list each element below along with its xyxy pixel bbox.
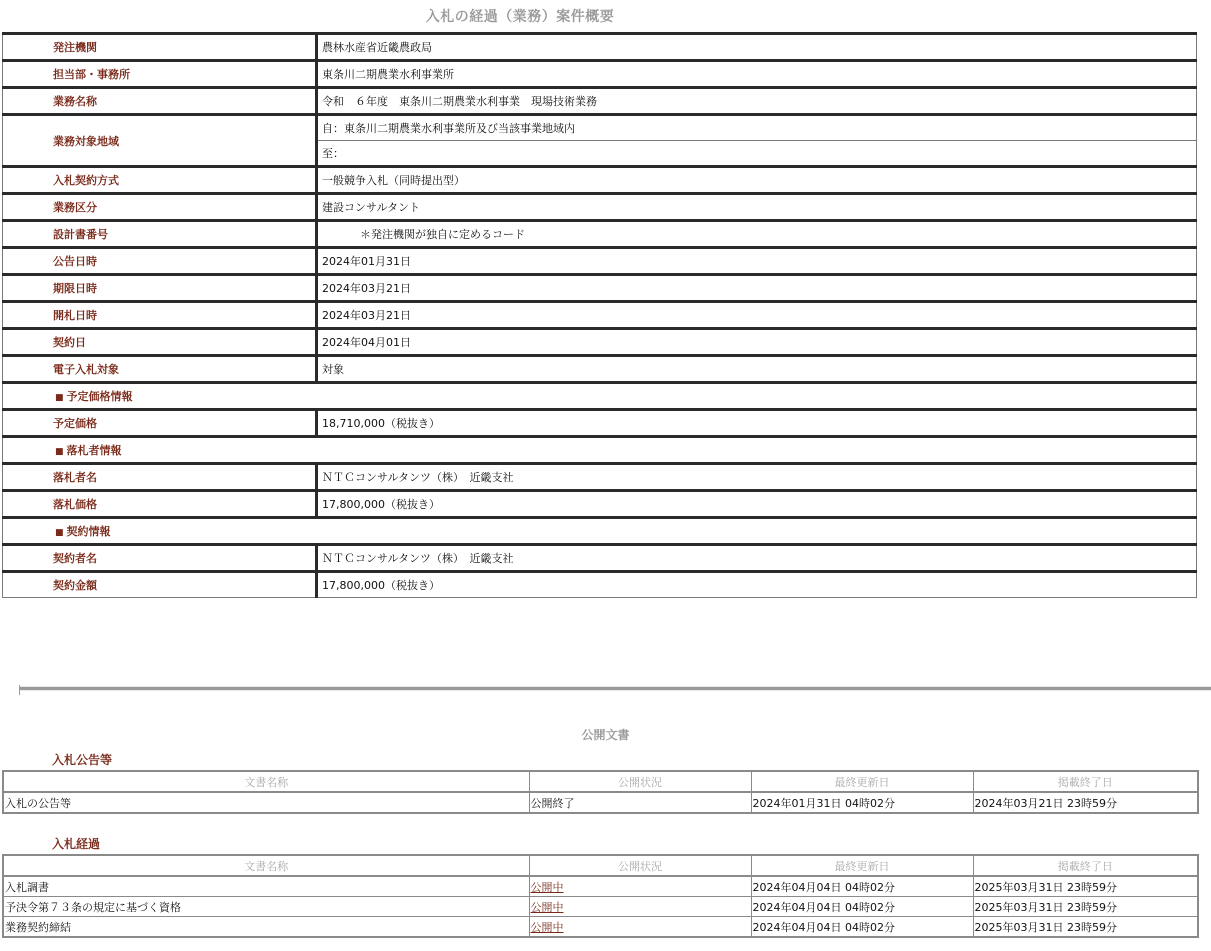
doc-end-date: 2024年03月21日 23時59分 xyxy=(973,792,1198,813)
label-business-category: 業務区分 xyxy=(3,194,317,221)
table-header-row: 文書名称 公開状況 最終更新日 掲載終了日 xyxy=(3,855,1198,876)
value-winning-price: 17,800,000（税抜き） xyxy=(317,491,1197,518)
table-row: 業務契約締結 公開中 2024年04月04日 04時02分 2025年03月31… xyxy=(3,917,1198,938)
square-bullet-icon: ■ xyxy=(55,393,64,403)
doc-status: 公開終了 xyxy=(529,792,751,813)
label-department: 担当部・事務所 xyxy=(3,61,317,88)
doc-end-date: 2025年03月31日 23時59分 xyxy=(973,917,1198,938)
public-documents-title: 公開文書 xyxy=(0,726,1211,743)
bid-progress-table: 文書名称 公開状況 最終更新日 掲載終了日 入札調書 公開中 2024年04月0… xyxy=(2,854,1199,938)
page-title: 入札の経過（業務）案件概要 xyxy=(0,6,1040,26)
col-status: 公開状況 xyxy=(529,855,751,876)
row-announcement-date: 公告日時 2024年01月31日 xyxy=(3,248,1197,275)
doc-updated: 2024年01月31日 04時02分 xyxy=(751,792,973,813)
row-contract-method: 入札契約方式 一般競争入札（同時提出型） xyxy=(3,167,1197,194)
horizontal-rule xyxy=(19,686,1211,691)
section-winner: ■落札者情報 xyxy=(3,437,1197,464)
doc-name: 予決令第７３条の規定に基づく資格 xyxy=(3,897,529,917)
doc-status-link[interactable]: 公開中 xyxy=(531,901,564,914)
value-deadline-date: 2024年03月21日 xyxy=(317,275,1197,302)
value-announcement-date: 2024年01月31日 xyxy=(317,248,1197,275)
row-e-bidding: 電子入札対象 対象 xyxy=(3,356,1197,383)
row-planned-price: 予定価格 18,710,000（税抜き） xyxy=(3,410,1197,437)
section-winner-title: 落札者情報 xyxy=(67,444,122,457)
col-status: 公開状況 xyxy=(529,771,751,792)
value-contract-date: 2024年04月01日 xyxy=(317,329,1197,356)
label-opening-date: 開札日時 xyxy=(3,302,317,329)
row-design-number: 設計書番号 ＊発注機関が独自に定めるコード xyxy=(3,221,1197,248)
value-contract-amount: 17,800,000（税抜き） xyxy=(317,572,1197,598)
label-winning-price: 落札価格 xyxy=(3,491,317,518)
label-winner-name: 落札者名 xyxy=(3,464,317,491)
row-project-name: 業務名称 令和 ６年度 東条川二期農業水利事業 現場技術業務 xyxy=(3,88,1197,115)
doc-name: 入札の公告等 xyxy=(3,792,529,813)
row-section-winner: ■落札者情報 xyxy=(3,437,1197,464)
value-target-area-from: 自：東条川二期農業水利事業所及び当該事業地域内 xyxy=(317,115,1197,141)
section-planned-price-title: 予定価格情報 xyxy=(67,390,133,403)
label-planned-price: 予定価格 xyxy=(3,410,317,437)
table-header-row: 文書名称 公開状況 最終更新日 掲載終了日 xyxy=(3,771,1198,792)
row-section-contract: ■契約情報 xyxy=(3,518,1197,545)
value-opening-date: 2024年03月21日 xyxy=(317,302,1197,329)
row-opening-date: 開札日時 2024年03月21日 xyxy=(3,302,1197,329)
value-contractor-name: ＮＴＣコンサルタンツ（株） 近畿支社 xyxy=(317,545,1197,572)
row-ordering-agency: 発注機関 農林水産省近畿農政局 xyxy=(3,34,1197,61)
doc-end-date: 2025年03月31日 23時59分 xyxy=(973,876,1198,897)
label-ordering-agency: 発注機関 xyxy=(3,34,317,61)
label-announcement-date: 公告日時 xyxy=(3,248,317,275)
doc-name: 入札調書 xyxy=(3,876,529,897)
row-contractor-name: 契約者名 ＮＴＣコンサルタンツ（株） 近畿支社 xyxy=(3,545,1197,572)
row-department: 担当部・事務所 東条川二期農業水利事業所 xyxy=(3,61,1197,88)
row-target-area: 業務対象地域 自：東条川二期農業水利事業所及び当該事業地域内 xyxy=(3,115,1197,141)
row-section-planned-price: ■予定価格情報 xyxy=(3,383,1197,410)
row-contract-date: 契約日 2024年04月01日 xyxy=(3,329,1197,356)
square-bullet-icon: ■ xyxy=(55,528,64,538)
square-bullet-icon: ■ xyxy=(55,447,64,457)
table-row: 入札の公告等 公開終了 2024年01月31日 04時02分 2024年03月2… xyxy=(3,792,1198,813)
row-deadline-date: 期限日時 2024年03月21日 xyxy=(3,275,1197,302)
doc-status-link[interactable]: 公開中 xyxy=(531,881,564,894)
value-business-category: 建設コンサルタント xyxy=(317,194,1197,221)
col-end-date: 掲載終了日 xyxy=(973,771,1198,792)
value-ordering-agency: 農林水産省近畿農政局 xyxy=(317,34,1197,61)
section-contract: ■契約情報 xyxy=(3,518,1197,545)
value-department: 東条川二期農業水利事業所 xyxy=(317,61,1197,88)
table-row: 入札調書 公開中 2024年04月04日 04時02分 2025年03月31日 … xyxy=(3,876,1198,897)
label-deadline-date: 期限日時 xyxy=(3,275,317,302)
doc-status-link[interactable]: 公開中 xyxy=(531,921,564,934)
col-end-date: 掲載終了日 xyxy=(973,855,1198,876)
doc-updated: 2024年04月04日 04時02分 xyxy=(751,876,973,897)
col-updated: 最終更新日 xyxy=(751,771,973,792)
label-contractor-name: 契約者名 xyxy=(3,545,317,572)
row-business-category: 業務区分 建設コンサルタント xyxy=(3,194,1197,221)
section-planned-price: ■予定価格情報 xyxy=(3,383,1197,410)
bid-progress-heading: 入札経過 xyxy=(52,835,100,852)
value-e-bidding: 対象 xyxy=(317,356,1197,383)
row-winner-name: 落札者名 ＮＴＣコンサルタンツ（株） 近畿支社 xyxy=(3,464,1197,491)
label-project-name: 業務名称 xyxy=(3,88,317,115)
label-target-area: 業務対象地域 xyxy=(3,115,317,167)
label-contract-date: 契約日 xyxy=(3,329,317,356)
col-doc-name: 文書名称 xyxy=(3,771,529,792)
label-design-number: 設計書番号 xyxy=(3,221,317,248)
doc-status-cell: 公開中 xyxy=(529,876,751,897)
table-row: 予決令第７３条の規定に基づく資格 公開中 2024年04月04日 04時02分 … xyxy=(3,897,1198,917)
value-project-name: 令和 ６年度 東条川二期農業水利事業 現場技術業務 xyxy=(317,88,1197,115)
doc-status-cell: 公開中 xyxy=(529,917,751,938)
label-e-bidding: 電子入札対象 xyxy=(3,356,317,383)
col-updated: 最終更新日 xyxy=(751,855,973,876)
doc-updated: 2024年04月04日 04時02分 xyxy=(751,897,973,917)
section-contract-title: 契約情報 xyxy=(67,525,111,538)
value-design-number: ＊発注機関が独自に定めるコード xyxy=(317,221,1197,248)
bid-announcement-heading: 入札公告等 xyxy=(52,751,112,768)
project-info-table: 発注機関 農林水産省近畿農政局 担当部・事務所 東条川二期農業水利事業所 業務名… xyxy=(2,32,1197,598)
label-contract-amount: 契約金額 xyxy=(3,572,317,598)
value-winner-name: ＮＴＣコンサルタンツ（株） 近畿支社 xyxy=(317,464,1197,491)
row-winning-price: 落札価格 17,800,000（税抜き） xyxy=(3,491,1197,518)
value-planned-price: 18,710,000（税抜き） xyxy=(317,410,1197,437)
col-doc-name: 文書名称 xyxy=(3,855,529,876)
doc-updated: 2024年04月04日 04時02分 xyxy=(751,917,973,938)
doc-name: 業務契約締結 xyxy=(3,917,529,938)
row-contract-amount: 契約金額 17,800,000（税抜き） xyxy=(3,572,1197,598)
label-contract-method: 入札契約方式 xyxy=(3,167,317,194)
bid-announcement-table: 文書名称 公開状況 最終更新日 掲載終了日 入札の公告等 公開終了 2024年0… xyxy=(2,770,1199,814)
doc-end-date: 2025年03月31日 23時59分 xyxy=(973,897,1198,917)
doc-status-cell: 公開中 xyxy=(529,897,751,917)
value-target-area-to: 至： xyxy=(317,141,1197,167)
design-number-note: ＊発注機関が独自に定めるコード xyxy=(322,228,525,241)
value-contract-method: 一般競争入札（同時提出型） xyxy=(317,167,1197,194)
